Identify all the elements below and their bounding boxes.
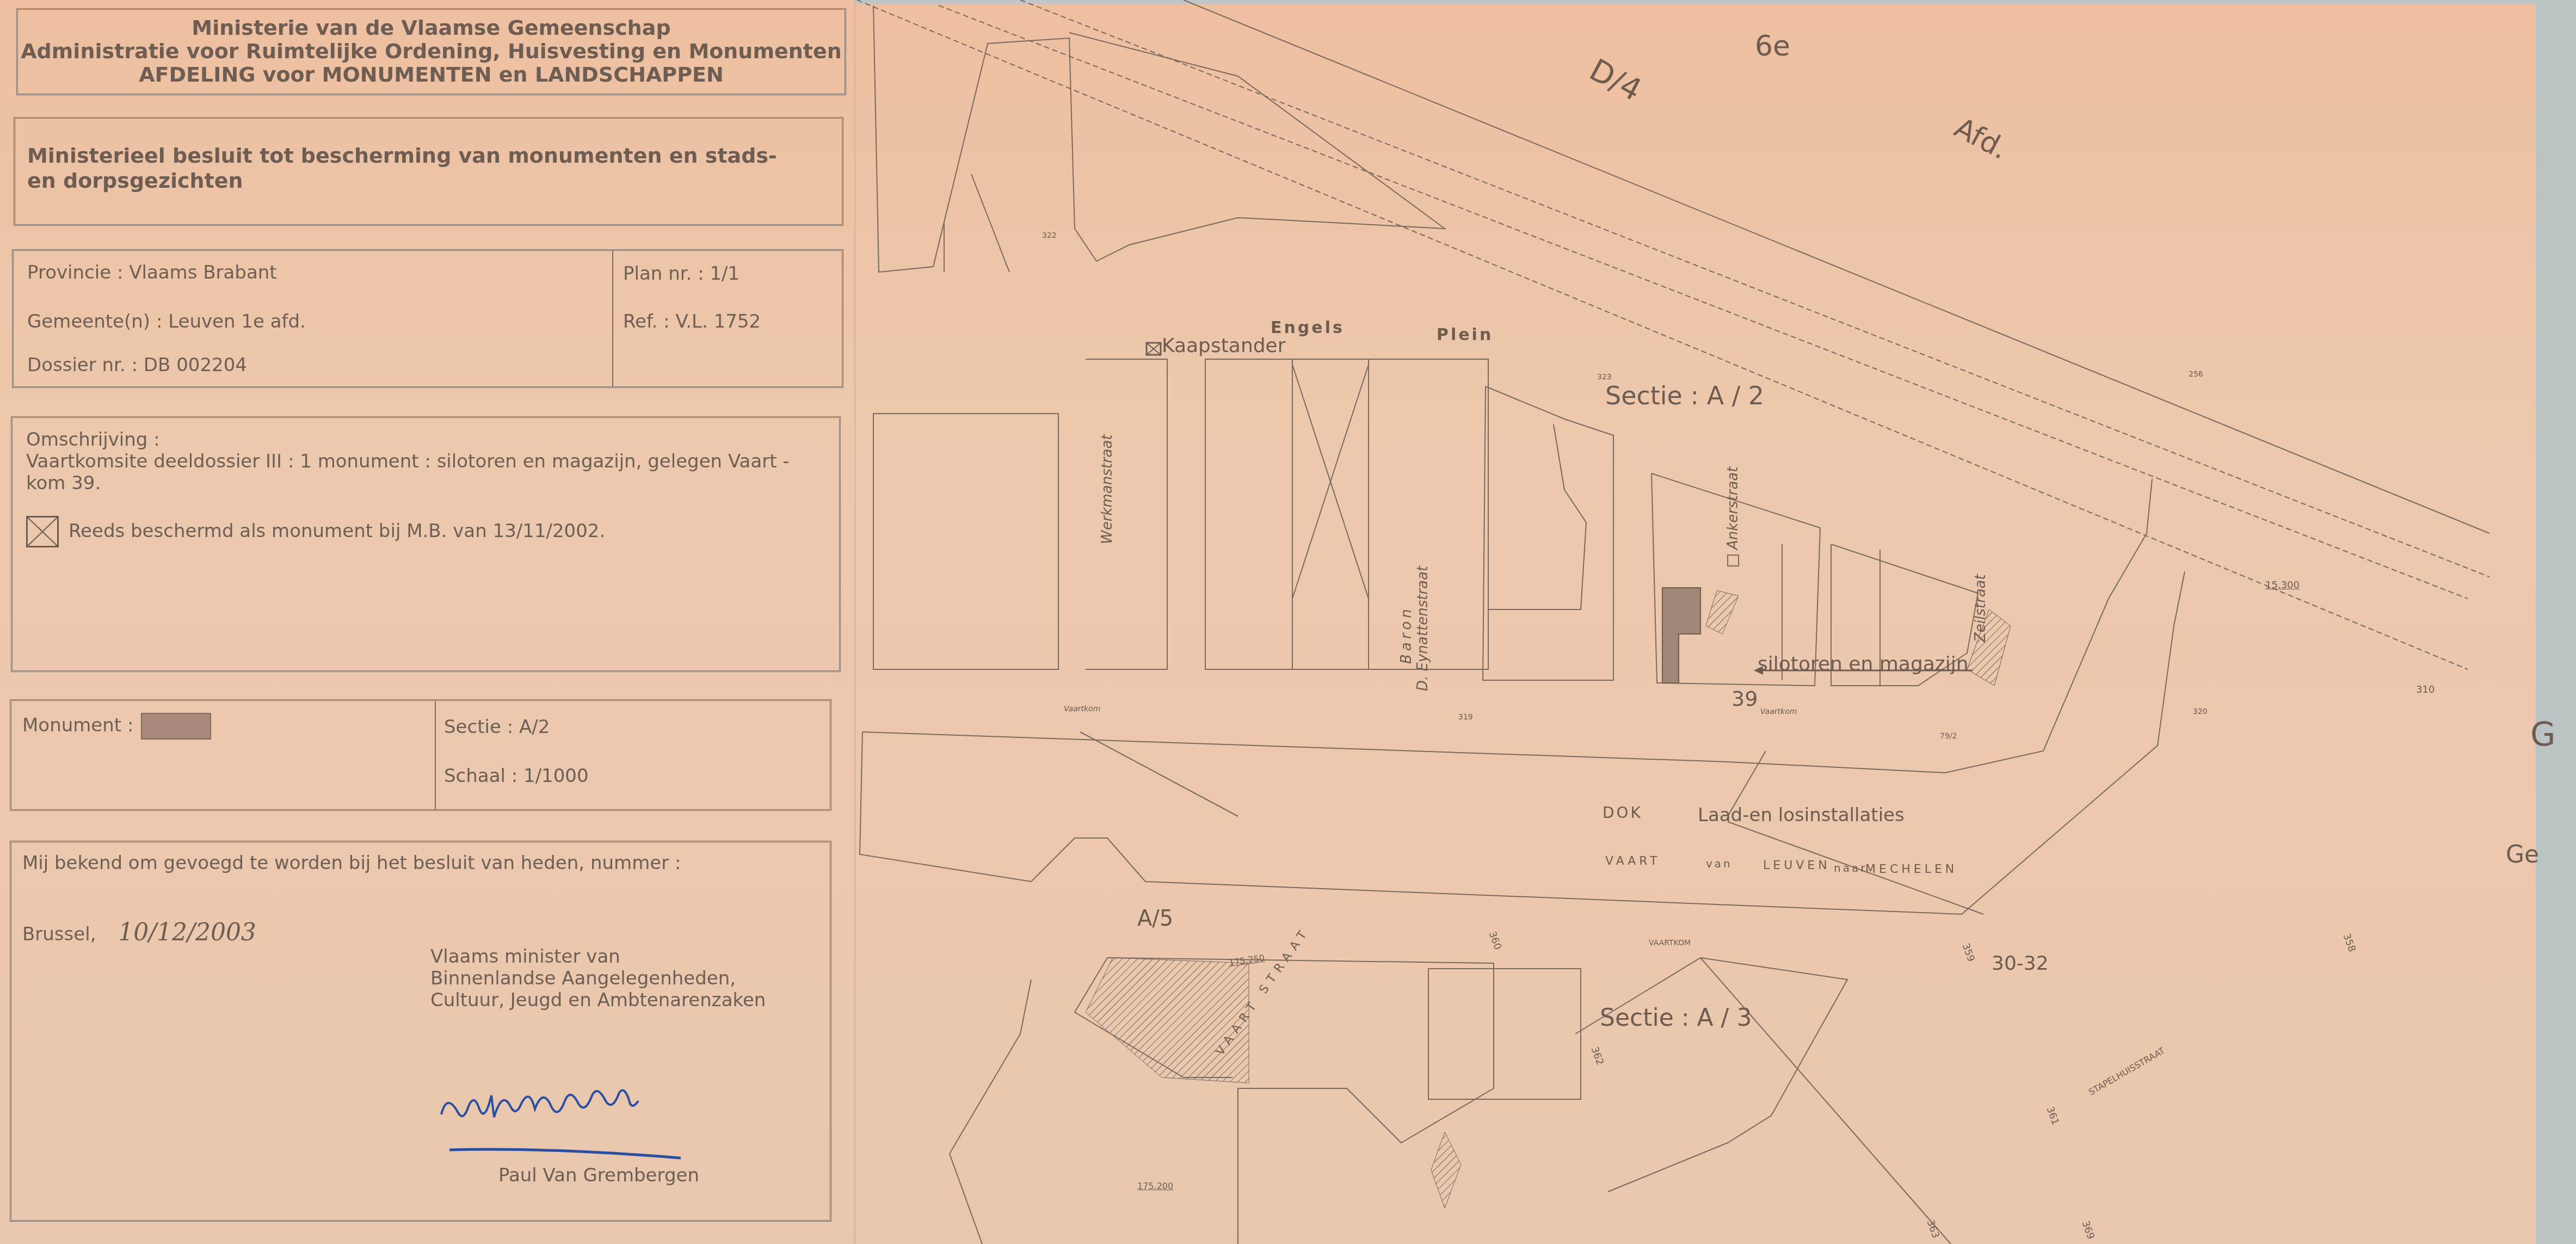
protected-status: Reeds beschermd als monument bij M.B. va… <box>26 516 825 547</box>
map-label-baron: Baron <box>1398 606 1415 664</box>
decree-title-box: Ministerieel besluit tot bescherming van… <box>14 117 843 226</box>
place-date: Brussel, 10/12/2003 <box>22 919 256 946</box>
reference: Ref. : V.L. 1752 <box>623 311 761 332</box>
monument-legend-box: Monument : Sectie : A/2 Schaal : 1/1000 <box>10 699 831 811</box>
minister-title-line-3: Cultuur, Jeugd en Ambtenarenzaken <box>430 989 766 1011</box>
map-label-van: van <box>1706 857 1733 870</box>
place: Brussel, <box>22 923 96 945</box>
map-label-parcel-39: 39 <box>1731 687 1758 711</box>
monument-label: Monument : <box>22 715 133 736</box>
protected-checkbox[interactable] <box>26 516 59 547</box>
monument-legend: Monument : <box>22 713 211 740</box>
signature-box: Mij bekend om gevoegd te worden bij het … <box>10 841 831 1222</box>
map-point-322: 322 <box>1042 231 1057 240</box>
map-label-sectie-a3: Sectie : A / 3 <box>1600 1004 1752 1032</box>
legend-divider <box>435 701 436 809</box>
description-box: Omschrijving : Vaartkomsite deeldossier … <box>11 416 841 672</box>
sectie: Sectie : A/2 <box>444 716 550 738</box>
map-label-vaartkom-1: Vaartkom <box>1064 705 1100 713</box>
map-label-mechelen: MECHELEN <box>1865 863 1957 876</box>
page-fold <box>854 0 855 1244</box>
cadastral-map <box>857 0 2538 1244</box>
map-label-naar: naar <box>1834 861 1867 875</box>
dossier-number: Dossier nr. : DB 002204 <box>27 354 247 376</box>
dossier-info-box: Provincie : Vlaams Brabant Gemeente(n) :… <box>12 249 843 388</box>
scan-edge-right <box>2536 0 2576 1244</box>
provincie: Provincie : Vlaams Brabant <box>27 262 277 284</box>
map-label-ankerstraat: Ankerstraat <box>1725 467 1741 550</box>
map-label-g: G <box>2530 716 2556 754</box>
map-label-vaart: VAART <box>1605 854 1660 868</box>
map-label-coord-15300: 15.300 <box>2265 580 2300 591</box>
ministry-header: Ministerie van de Vlaamse Gemeenschap Ad… <box>16 8 846 95</box>
map-label-leuven: LEUVEN <box>1763 859 1831 872</box>
map-label-ge: Ge <box>2506 841 2539 869</box>
schaal: Schaal : 1/1000 <box>444 765 589 787</box>
map-label-6e: 6e <box>1755 30 1790 63</box>
map-label-dok: DOK <box>1603 804 1643 822</box>
description-text: Vaartkomsite deeldossier III : 1 monumen… <box>26 451 821 494</box>
monument-swatch <box>141 713 211 740</box>
map-label-30-32: 30-32 <box>1992 952 2049 975</box>
map-point-79-2: 79/2 <box>1940 732 1957 741</box>
map-label-werkmanstraat: Werkmanstraat <box>1099 434 1116 544</box>
header-line-3: AFDELING voor MONUMENTEN en LANDSCHAPPEN <box>18 63 845 87</box>
map-point-310: 310 <box>2416 684 2435 695</box>
map-label-plein: Plein <box>1437 325 1493 344</box>
map-label-laad-losinstallaties: Laad-en losinstallaties <box>1698 804 1905 826</box>
map-label-zeilstraat: Zeilstraat <box>1973 574 1989 642</box>
map-label-sectie-a2: Sectie : A / 2 <box>1605 381 1764 410</box>
minister-name: Paul Van Grembergen <box>498 1165 699 1186</box>
map-label-silotoren: silotoren en magazijn <box>1758 653 1969 675</box>
map-label-vaartkom-3: VAARTKOM <box>1649 939 1691 947</box>
map-point-319: 319 <box>1458 713 1473 722</box>
minister-title: Vlaams minister van Binnenlandse Aangele… <box>430 946 766 1011</box>
checkbox-cross-icon <box>28 518 57 546</box>
decree-title: Ministerieel besluit tot bescherming van… <box>27 143 778 193</box>
description-label: Omschrijving : <box>26 429 825 451</box>
map-point-320: 320 <box>2193 707 2208 716</box>
map-label-coord-175200: 175.200 <box>1137 1181 1173 1191</box>
signature-intro: Mij bekend om gevoegd te worden bij het … <box>22 852 681 874</box>
map-point-323: 323 <box>1597 373 1612 381</box>
header-line-2: Administratie voor Ruimtelijke Ordening,… <box>18 40 845 63</box>
map-label-kaapstander: Kaapstander <box>1162 335 1286 357</box>
map-point-256: 256 <box>2189 370 2203 379</box>
map-label-eynattenstraat: D. Eynattenstraat <box>1415 566 1431 691</box>
minister-title-line-1: Vlaams minister van <box>430 946 766 968</box>
gemeente: Gemeente(n) : Leuven 1e afd. <box>27 311 306 332</box>
header-line-1: Ministerie van de Vlaamse Gemeenschap <box>18 16 845 40</box>
minister-title-line-2: Binnenlandse Aangelegenheden, <box>430 968 766 989</box>
map-label-a5: A/5 <box>1137 906 1173 931</box>
dossier-info-left: Provincie : Vlaams Brabant Gemeente(n) :… <box>14 251 613 386</box>
signature-icon <box>436 1076 719 1163</box>
handwritten-date: 10/12/2003 <box>118 919 256 946</box>
protected-text: Reeds beschermd als monument bij M.B. va… <box>69 520 605 542</box>
plan-number: Plan nr. : 1/1 <box>623 263 739 285</box>
map-label-vaartkom-2: Vaartkom <box>1760 707 1797 716</box>
